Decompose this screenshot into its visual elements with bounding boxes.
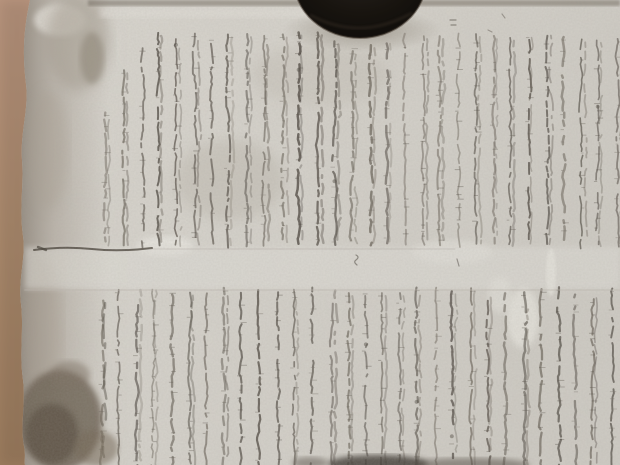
parchment-sheet	[18, 0, 620, 465]
parchment-grain	[18, 0, 620, 465]
parchment-charter	[0, 0, 620, 465]
manuscript-photo	[0, 0, 620, 465]
wax-seal-group	[282, 0, 442, 52]
